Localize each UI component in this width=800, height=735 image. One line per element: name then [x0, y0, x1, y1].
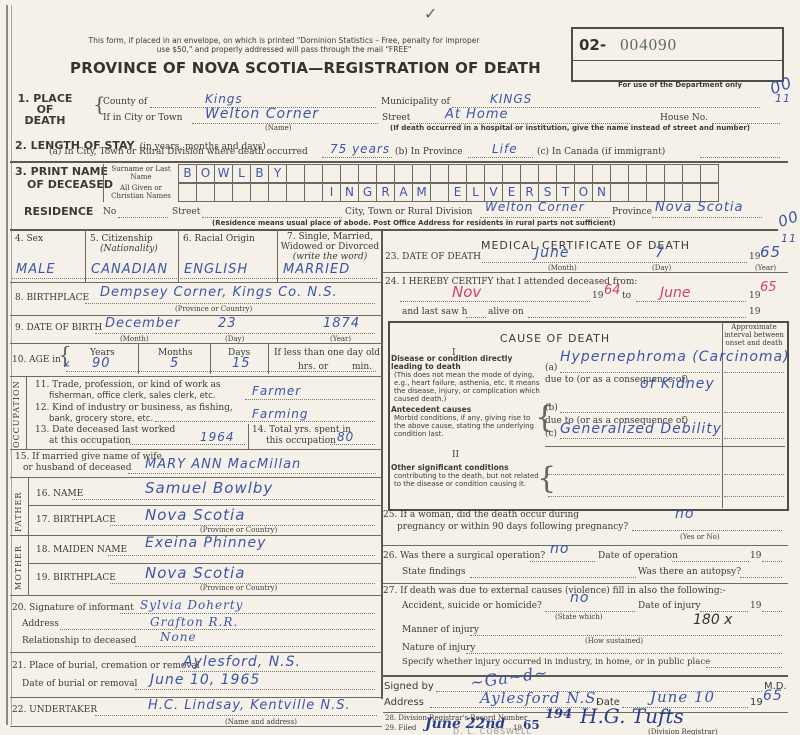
total-years-value[interactable]: 80	[337, 430, 354, 444]
accident-value[interactable]: no	[570, 590, 589, 606]
mother-birthplace-label: 19. BIRTHPLACE	[36, 573, 116, 583]
letter-box[interactable]: A	[394, 183, 412, 202]
total-years-line	[330, 444, 375, 445]
letter-box[interactable]	[484, 164, 502, 183]
q25-line	[632, 530, 782, 531]
letter-box[interactable]: M	[412, 183, 430, 202]
letter-box[interactable]	[196, 183, 214, 202]
letter-box[interactable]	[178, 183, 196, 202]
marital-status-label: 7. Single, Married, Widowed or Divorced …	[280, 232, 380, 262]
birthplace-line	[85, 303, 375, 304]
birthplace-label: 8. BIRTHPLACE	[15, 293, 89, 303]
informant-address[interactable]: Grafton R.R.	[150, 615, 238, 629]
death-day[interactable]: 7	[655, 245, 665, 261]
letter-box[interactable]	[358, 164, 376, 183]
divider	[103, 164, 104, 202]
interval-b-line	[724, 412, 784, 413]
brace: {	[537, 462, 556, 496]
left-margin-rule	[6, 5, 12, 725]
registration-prefix: 02-	[579, 36, 606, 54]
other-line-2	[548, 496, 720, 497]
to-label: to	[622, 291, 631, 301]
residence-note: (Residence means usual place of abode. P…	[212, 219, 616, 227]
injury-year-line	[762, 611, 782, 612]
divider	[10, 229, 778, 231]
death-day-caption: (Day)	[652, 264, 671, 272]
father-birthplace-value[interactable]: Nova Scotia	[145, 506, 245, 524]
notice-line-2: use $50," and properly addressed will pa…	[64, 45, 504, 54]
trade-value[interactable]: Farmer	[252, 384, 301, 398]
informant-signature[interactable]: Sylvia Doherty	[140, 598, 243, 612]
death-month[interactable]: June	[535, 245, 570, 261]
department-use-note: For use of the Department only	[618, 81, 742, 89]
dob-year[interactable]: 1874	[323, 316, 360, 331]
residence-province-value[interactable]: Nova Scotia	[655, 200, 744, 215]
letter-box[interactable]	[232, 183, 250, 202]
spouse-value[interactable]: MARY ANN MacMillan	[145, 457, 301, 472]
interval-a-line	[724, 372, 784, 373]
undertaker-line	[95, 715, 377, 716]
death-year[interactable]: 65	[760, 243, 781, 261]
letter-box[interactable]: I	[322, 183, 340, 202]
citizenship-label: 5. Citizenship (Nationality)	[90, 234, 158, 254]
check-mark-2: ✓	[505, 60, 515, 74]
letter-box[interactable]	[502, 164, 520, 183]
interval-header: Approximate interval between onset and d…	[724, 323, 784, 347]
signature-address-label: Address	[384, 697, 424, 708]
cause-a-line	[560, 372, 720, 373]
letter-box[interactable]: R	[376, 183, 394, 202]
sex-value[interactable]: MALE	[16, 262, 56, 277]
personal-line	[12, 278, 377, 279]
q27-label: 27. If death was due to external causes …	[383, 586, 726, 596]
residence-city-label: City, Town or Rural Division	[345, 207, 472, 217]
letter-box[interactable]	[610, 183, 628, 202]
residence-city-value[interactable]: Welton Corner	[485, 200, 585, 214]
trade-label: 11. Trade, profession, or kind of work a…	[35, 380, 221, 402]
stay-province-line	[468, 157, 533, 158]
letter-box[interactable]	[520, 164, 538, 183]
record-number-value[interactable]: 194	[545, 707, 572, 722]
direct-cause-label: Disease or condition directly leading to…	[391, 355, 541, 403]
check-mark: ✓	[424, 4, 437, 23]
racial-origin-value[interactable]: ENGLISH	[184, 262, 248, 277]
letter-box[interactable]	[322, 164, 340, 183]
cause-c-label: (c)	[545, 429, 557, 439]
manner-label: Manner of injury	[402, 625, 479, 635]
stay-canada-label: (c) In Canada (if immigrant)	[537, 147, 665, 157]
part-two-label: II	[452, 450, 459, 460]
father-side-label: FATHER	[14, 482, 23, 532]
date-of-death-line	[482, 262, 747, 263]
attended-from-value[interactable]: Nov	[452, 283, 481, 301]
letter-box[interactable]: B	[250, 164, 268, 183]
letter-box[interactable]	[430, 164, 448, 183]
divider	[10, 726, 382, 727]
age-days-value[interactable]: 15	[232, 356, 251, 371]
cause-a-value[interactable]: Hypernephroma (Carcinoma)	[560, 349, 790, 365]
letter-box[interactable]	[304, 183, 322, 202]
death-year-prefix: 19	[749, 252, 760, 262]
letter-box[interactable]	[682, 164, 700, 183]
residence-label: RESIDENCE	[24, 205, 93, 218]
letter-box[interactable]: L	[232, 164, 250, 183]
divider	[383, 583, 788, 584]
date-of-death-label: 23. DATE OF DEATH	[385, 252, 481, 262]
divider	[10, 595, 382, 596]
letter-box[interactable]	[664, 164, 682, 183]
mother-birthplace-value[interactable]: Nova Scotia	[145, 564, 245, 582]
divider	[28, 535, 29, 595]
last-worked-value[interactable]: 1964	[200, 430, 235, 444]
injury-year-prefix: 19	[750, 601, 761, 611]
city-label: If in City or Town	[103, 113, 182, 123]
residence-no-line	[118, 217, 168, 218]
specify-line	[706, 667, 782, 668]
letter-box[interactable]	[448, 164, 466, 183]
from-year[interactable]: 64	[604, 283, 621, 298]
interval-other-line-2	[724, 496, 784, 497]
informant-address-label: Address	[22, 619, 59, 629]
street-value[interactable]: At Home	[445, 107, 509, 122]
undertaker-value[interactable]: H.C. Lindsay, Kentville N.S.	[148, 698, 351, 713]
from-line	[400, 301, 590, 302]
dob-label: 9. DATE OF BIRTH	[15, 323, 102, 333]
print-name-label: 3. PRINT NAME OF DECEASED	[15, 165, 113, 191]
informant-signature-line	[120, 613, 375, 614]
county-value[interactable]: Kings	[205, 92, 243, 106]
letter-box[interactable]: L	[466, 183, 484, 202]
divider	[178, 229, 179, 282]
other-line-1	[548, 474, 720, 475]
registration-number: 004090	[620, 35, 677, 55]
divider	[138, 344, 139, 374]
burial-date-value[interactable]: June 10, 1965	[150, 672, 260, 688]
year-caption: (Year)	[330, 335, 351, 343]
residence-province-line	[652, 217, 762, 218]
letter-box[interactable]	[376, 164, 394, 183]
letter-box[interactable]	[646, 164, 664, 183]
age-months-value[interactable]: 5	[170, 356, 179, 371]
letter-box[interactable]	[628, 164, 646, 183]
state-which-caption: (State which)	[555, 613, 603, 621]
letter-box[interactable]: W	[214, 164, 232, 183]
cause-c-line	[560, 438, 720, 439]
to-year[interactable]: 65	[760, 280, 777, 295]
stay-canada-line	[700, 157, 780, 158]
informant-signature-label: 20. Signature of informant	[12, 603, 134, 613]
age-line	[66, 371, 376, 372]
findings-label: State findings	[402, 567, 466, 577]
relationship-label: Relationship to deceased	[22, 636, 136, 646]
column-divider	[381, 229, 383, 699]
interval-other-line-1	[724, 474, 784, 475]
divider	[383, 675, 788, 677]
divider	[10, 282, 382, 283]
hrs-label: hrs. or	[298, 362, 328, 372]
operation-date-line	[672, 561, 749, 562]
residence-no-label: No	[103, 207, 116, 217]
autopsy-line	[740, 577, 782, 578]
letter-box[interactable]: E	[448, 183, 466, 202]
dob-day[interactable]: 23	[218, 316, 237, 331]
mailing-notice: This form, if placed in an envelope, on …	[64, 36, 504, 54]
signed-by-label: Signed by	[384, 681, 434, 692]
q26-line	[530, 561, 595, 562]
father-birthplace-caption: (Province or Country)	[200, 526, 277, 534]
stay-city-label: (a) In City, Town or Rural Division wher…	[49, 147, 308, 157]
father-name-value[interactable]: Samuel Bowlby	[145, 479, 273, 497]
undertaker-label: 22. UNDERTAKER	[12, 705, 97, 715]
age-label: 10. AGE in	[12, 355, 61, 365]
manner-line	[470, 635, 782, 636]
form-title: PROVINCE OF NOVA SCOTIA—REGISTRATION OF …	[70, 59, 541, 77]
birthplace-caption: (Province or Country)	[175, 305, 252, 313]
letter-box[interactable]	[538, 164, 556, 183]
racial-origin-label: 6. Racial Origin	[183, 234, 255, 244]
residence-street-label: Street	[172, 207, 200, 217]
birthplace-value[interactable]: Dempsey Corner, Kings Co. N.S.	[100, 285, 338, 300]
letter-box[interactable]	[268, 183, 286, 202]
name-caption: (Name)	[265, 124, 292, 132]
cause-b-line	[560, 412, 720, 413]
divider	[28, 477, 29, 535]
letter-box[interactable]: O	[196, 164, 214, 183]
registrar-stamp: D. L. COBSWELL	[453, 727, 532, 735]
last-saw-pronoun-line	[466, 317, 486, 318]
operation-year-prefix: 19	[750, 551, 761, 561]
father-birthplace-label: 17. BIRTHPLACE	[36, 515, 116, 525]
county-label: County of	[103, 97, 147, 107]
alive-year-prefix: 19	[749, 307, 760, 317]
house-no-label: House No.	[660, 113, 708, 123]
residence-province-label: Province	[612, 207, 652, 217]
min-label: min.	[352, 362, 372, 372]
father-name-label: 16. NAME	[36, 489, 83, 499]
industry-value[interactable]: Farming	[252, 407, 308, 421]
q26-label: 26. Was there a surgical operation?	[383, 551, 545, 561]
alive-on-label: alive on	[488, 307, 524, 317]
divider	[277, 229, 278, 282]
signature-year-prefix: 19	[750, 697, 763, 708]
place-of-death-label: 1. PLACE OF DEATH	[15, 93, 75, 126]
letter-box[interactable]	[574, 164, 592, 183]
given-name-boxes[interactable]: INGRAMELVERSTON	[178, 183, 719, 202]
other-conditions-label: Other significant conditions contributin…	[391, 464, 541, 488]
city-value[interactable]: Welton Corner	[205, 106, 319, 122]
stay-province-label: (b) In Province	[395, 147, 463, 157]
death-registration-form: ✓ This form, if placed in an envelope, o…	[0, 0, 800, 735]
certify-label: 24. I HEREBY CERTIFY that I attended dec…	[385, 277, 637, 287]
last-saw-label: and last saw h	[402, 307, 467, 317]
nature-line	[466, 653, 782, 654]
divider	[10, 652, 382, 653]
mother-maiden-value[interactable]: Exeina Phinney	[145, 535, 266, 551]
marital-status-value[interactable]: MARRIED	[283, 262, 350, 277]
to-line	[636, 301, 746, 302]
mother-maiden-label: 18. MAIDEN NAME	[36, 545, 127, 555]
cause-c-value[interactable]: Generalized Debility	[560, 421, 722, 437]
nature-label: Nature of injury	[402, 643, 475, 653]
letter-box[interactable]: N	[592, 183, 610, 202]
physician-signature[interactable]: ~Ga~d~	[469, 663, 550, 693]
operation-date-label: Date of operation	[598, 551, 678, 561]
letter-box[interactable]	[430, 183, 448, 202]
death-year-caption: (Year)	[755, 264, 776, 272]
autopsy-label: Was there an autopsy?	[638, 567, 741, 577]
cause-b-label: (b)	[545, 403, 558, 413]
q25-value[interactable]: no	[675, 506, 694, 522]
spouse-line	[128, 473, 376, 474]
burial-place-label: 21. Place of burial, cremation or remova…	[12, 661, 200, 671]
mother-birthplace-caption: (Province or Country)	[200, 584, 277, 592]
letter-box[interactable]	[250, 183, 268, 202]
yes-no-caption: (Yes or No)	[680, 533, 720, 541]
house-note: (If death occurred in a hospital or inst…	[390, 124, 750, 132]
dob-month[interactable]: December	[105, 316, 180, 331]
citizenship-value[interactable]: CANADIAN	[91, 262, 168, 277]
divider	[545, 446, 785, 447]
letter-box[interactable]	[394, 164, 412, 183]
divider	[383, 272, 788, 273]
letter-box[interactable]	[556, 164, 574, 183]
stay-city-value[interactable]: 75 years	[330, 142, 390, 156]
letter-box[interactable]	[610, 164, 628, 183]
relationship-value[interactable]: None	[160, 630, 197, 644]
letter-box[interactable]	[214, 183, 232, 202]
letter-box[interactable]: N	[340, 183, 358, 202]
month-caption: (Month)	[120, 335, 149, 343]
operation-year-line	[762, 561, 782, 562]
surname-label: Surname or Last Name	[106, 165, 176, 181]
letter-box[interactable]	[592, 164, 610, 183]
margin-annotation: 180 x	[693, 612, 732, 628]
divider	[268, 344, 269, 374]
letter-box[interactable]	[700, 164, 719, 183]
street-label: Street	[382, 113, 410, 123]
divider	[10, 477, 382, 478]
accident-line	[545, 611, 635, 612]
filed-label: 29. Filed	[385, 724, 416, 732]
mother-maiden-line	[108, 555, 375, 556]
q26-value[interactable]: no	[550, 541, 569, 557]
cause-a-label: (a)	[545, 363, 557, 373]
alive-on-line	[528, 317, 746, 318]
surname-boxes[interactable]: BOWLBY	[178, 164, 719, 183]
age-check: ✓	[62, 358, 72, 371]
relationship-line	[135, 646, 375, 647]
burial-date-line	[135, 689, 375, 690]
q25-label: 25. If a woman, did the death occur duri…	[383, 509, 628, 533]
specify-label: Specify whether injury occurred in indus…	[402, 657, 710, 667]
letter-box[interactable]	[304, 164, 322, 183]
sex-label: 4. Sex	[15, 234, 43, 244]
informant-address-line	[60, 629, 375, 630]
margin-note-3: 00	[776, 207, 800, 231]
notice-line-1: This form, if placed in an envelope, on …	[64, 36, 504, 45]
antecedent-label: Antecedent causes Morbid conditions, if …	[391, 406, 541, 438]
residence-city-line	[480, 217, 610, 218]
signature-year[interactable]: 65	[763, 688, 783, 704]
trade-line	[245, 399, 375, 400]
burial-date-label: Date of burial or removal	[22, 679, 137, 689]
how-sustained-caption: (How sustained)	[585, 637, 643, 645]
letter-box[interactable]	[466, 164, 484, 183]
industry-line	[155, 421, 375, 422]
accident-label: Accident, suicide or homicide?	[402, 601, 542, 611]
occupation-side-label: OCCUPATION	[12, 380, 21, 448]
letter-box[interactable]: B	[178, 164, 196, 183]
interval-c-line	[724, 438, 784, 439]
father-name-line	[72, 499, 375, 500]
dob-line	[95, 333, 375, 334]
letter-box[interactable]	[628, 183, 646, 202]
divider	[383, 545, 788, 546]
medical-certificate-title: MEDICAL CERTIFICATE OF DEATH	[383, 239, 788, 252]
stay-province-value[interactable]: Life	[492, 142, 518, 156]
divider	[10, 449, 382, 450]
registrar-signature[interactable]: H.G. Tufts	[580, 704, 684, 728]
day-caption: (Day)	[225, 335, 244, 343]
stay-city-line	[322, 157, 392, 158]
cause-of-death-title: CAUSE OF DEATH	[390, 332, 720, 345]
spouse-label: 15. If married give name of wife or husb…	[15, 452, 162, 474]
registrar-caption: (Division Registrar)	[648, 728, 718, 735]
letter-box[interactable]	[340, 164, 358, 183]
injury-date-label: Date of injury	[638, 601, 701, 611]
last-worked-line	[130, 444, 245, 445]
margin-note-2: 11	[775, 92, 791, 105]
given-names-label: All Given or Christian Names	[106, 184, 176, 200]
burial-place-value[interactable]: Aylesford, N.S.	[183, 654, 301, 670]
attended-to-value[interactable]: June	[660, 285, 691, 301]
divider	[210, 344, 211, 374]
letter-box[interactable]	[286, 164, 304, 183]
municipality-value[interactable]: KINGS	[490, 92, 532, 106]
mother-side-label: MOTHER	[14, 540, 23, 590]
divider	[10, 161, 788, 163]
from-year-prefix: 19	[592, 291, 603, 301]
findings-line	[470, 577, 636, 578]
divider	[26, 376, 27, 449]
age-years-value[interactable]: 90	[92, 356, 111, 371]
letter-box[interactable]: G	[358, 183, 376, 202]
residence-street-line	[202, 217, 342, 218]
letter-box[interactable]	[286, 183, 304, 202]
registration-number-box: 02- 004090	[571, 27, 784, 82]
divider	[248, 424, 249, 449]
divider	[85, 229, 86, 282]
municipality-label: Municipality of	[381, 97, 450, 107]
to-year-prefix: 19	[749, 291, 760, 301]
undertaker-caption: (Name and address)	[225, 718, 297, 726]
letter-box[interactable]	[412, 164, 430, 183]
less-than-day-label: If less than one day old	[274, 348, 380, 358]
divider	[10, 376, 382, 377]
letter-box[interactable]: Y	[268, 164, 286, 183]
death-month-caption: (Month)	[548, 264, 577, 272]
cause-a-due-value[interactable]: of Kidney	[640, 376, 715, 392]
